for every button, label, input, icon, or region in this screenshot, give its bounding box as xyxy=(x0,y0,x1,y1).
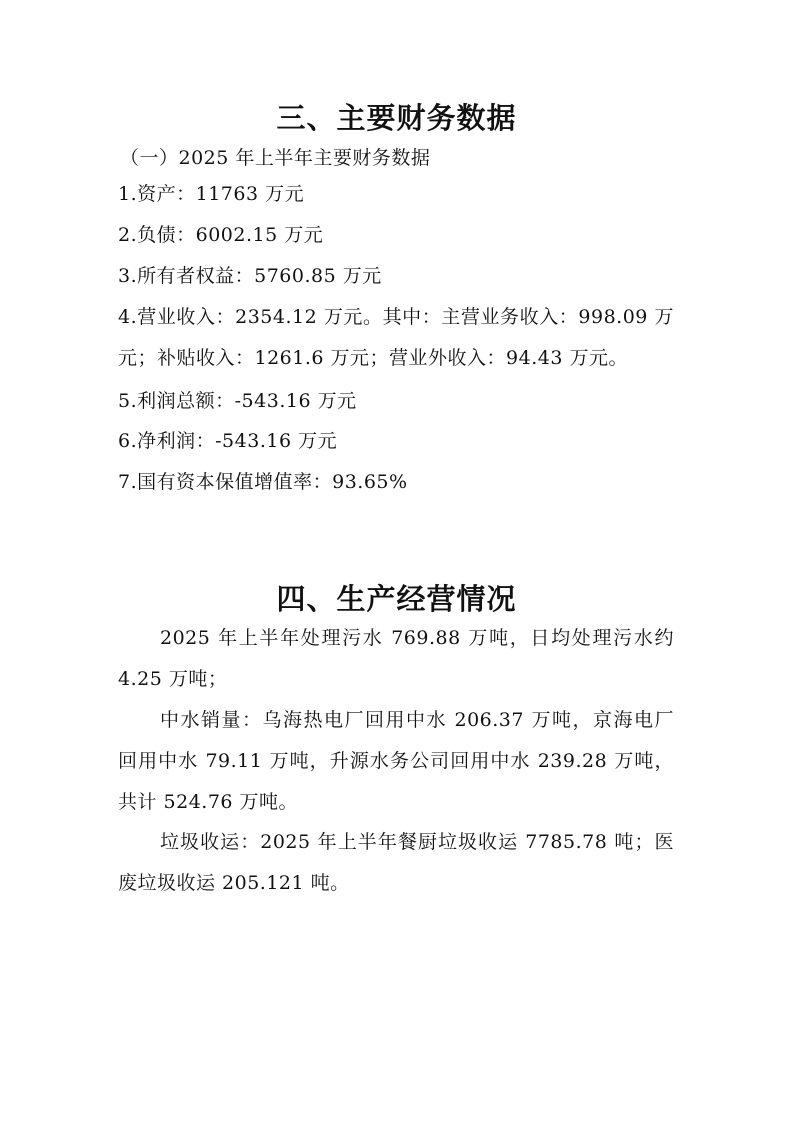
section-title-financial-data: 三、主要财务数据 xyxy=(0,100,793,136)
paragraph-garbage-line2: 废垃圾收运 205.121 吨。 xyxy=(118,871,350,895)
item-total-profit: 5.利润总额：-543.16 万元 xyxy=(118,389,357,413)
paragraph-reclaimed-water-line3: 共计 524.76 万吨。 xyxy=(118,790,298,814)
item-net-profit: 6.净利润：-543.16 万元 xyxy=(118,429,337,453)
paragraph-reclaimed-water-line1: 中水销量：乌海热电厂回用中水 206.37 万吨，京海电厂 xyxy=(160,708,674,732)
item-liabilities: 2.负债：6002.15 万元 xyxy=(118,223,323,247)
section-title-production: 四、生产经营情况 xyxy=(0,581,793,617)
subsection-heading: （一）2025 年上半年主要财务数据 xyxy=(120,146,430,170)
paragraph-sewage-line1: 2025 年上半年处理污水 769.88 万吨，日均处理污水约 xyxy=(160,626,674,650)
item-revenue-line1: 4.营业收入：2354.12 万元。其中：主营业务收入：998.09 万 xyxy=(118,305,674,329)
paragraph-sewage-line2: 4.25 万吨； xyxy=(118,667,227,691)
paragraph-reclaimed-water-line2: 回用中水 79.11 万吨，升源水务公司回用中水 239.28 万吨， xyxy=(118,749,674,773)
paragraph-garbage-line1: 垃圾收运：2025 年上半年餐厨垃圾收运 7785.78 吨；医 xyxy=(160,830,674,854)
item-revenue-line2: 元；补贴收入：1261.6 万元；营业外收入：94.43 万元。 xyxy=(118,346,628,370)
item-assets: 1.资产：11763 万元 xyxy=(118,182,304,206)
item-owners-equity: 3.所有者权益：5760.85 万元 xyxy=(118,264,382,288)
document-page: 三、主要财务数据 （一）2025 年上半年主要财务数据 1.资产：11763 万… xyxy=(0,0,793,1122)
item-capital-preservation-rate: 7.国有资本保值增值率：93.65% xyxy=(118,470,408,494)
